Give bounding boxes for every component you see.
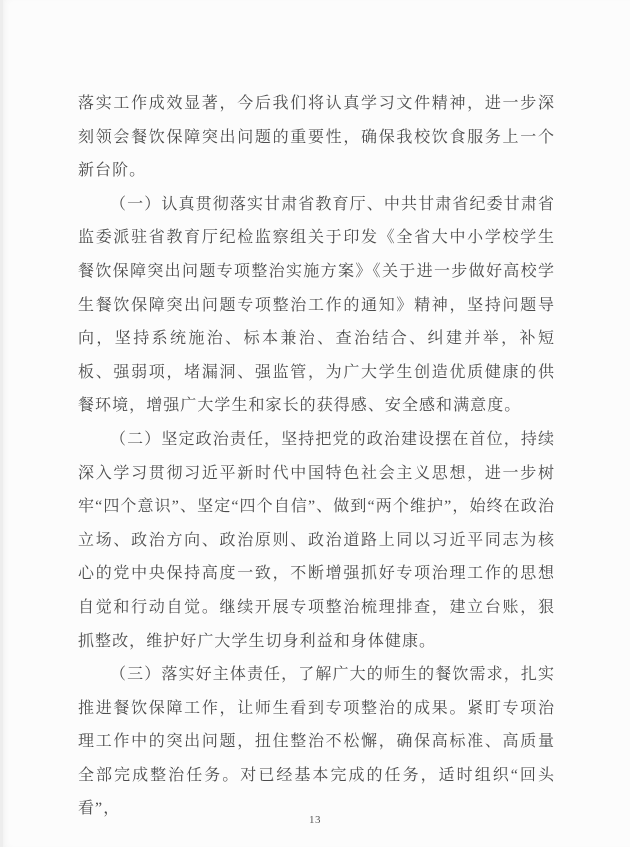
document-page: 落实工作成效显著，今后我们将认真学习文件精神，进一步深刻领会餐饮保障突出问题的重… <box>0 0 630 847</box>
paragraph-item-one: （一）认真贯彻落实甘肃省教育厅、中共甘肃省纪委甘肃省监委派驻省教育厅纪检监察组关… <box>78 188 555 423</box>
page-left-edge-shadow <box>0 0 3 847</box>
paragraph-continuation: 落实工作成效显著，今后我们将认真学习文件精神，进一步深刻领会餐饮保障突出问题的重… <box>78 87 555 188</box>
paragraph-item-three: （三）落实好主体责任，了解广大的师生的餐饮需求，扎实推进餐饮保障工作，让师生看到… <box>78 658 555 826</box>
paragraph-item-two: （二）坚定政治责任，坚持把党的政治建设摆在首位，持续深入学习贯彻习近平新时代中国… <box>78 423 555 658</box>
page-footer: 13 <box>0 810 630 828</box>
document-body: 落实工作成效显著，今后我们将认真学习文件精神，进一步深刻领会餐饮保障突出问题的重… <box>78 87 555 826</box>
page-number: 13 <box>309 814 321 826</box>
